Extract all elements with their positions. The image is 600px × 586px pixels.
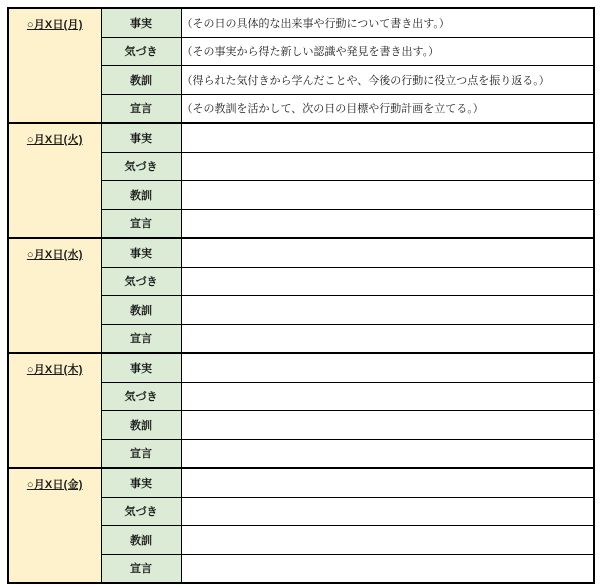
entry-cell-declaration[interactable]: （その教訓を活かして、次の日の目標や行動計画を立てる。）: [181, 94, 594, 123]
date-label: ○月X日(火): [27, 131, 83, 147]
date-cell-tuesday: ○月X日(火): [8, 123, 101, 238]
row-label-lesson: 教訓: [101, 526, 181, 555]
row-label-declaration: 宣言: [101, 554, 181, 583]
row-label-declaration: 宣言: [101, 324, 181, 353]
date-cell-friday: ○月X日(金): [8, 468, 101, 583]
date-cell-monday: ○月X日(月): [8, 8, 101, 123]
entry-cell-lesson[interactable]: （得られた気付きから学んだことや、今後の行動に役立つ点を振り返る。）: [181, 66, 594, 95]
entry-cell-insight[interactable]: [181, 382, 594, 411]
row-label-insight: 気づき: [101, 267, 181, 296]
row-label-lesson: 教訓: [101, 296, 181, 325]
row-label-fact: 事実: [101, 238, 181, 267]
table-row: ○月X日(水) 事実: [8, 238, 594, 267]
date-label: ○月X日(木): [27, 361, 83, 377]
entry-cell-insight[interactable]: [181, 152, 594, 181]
row-label-declaration: 宣言: [101, 209, 181, 238]
row-label-fact: 事実: [101, 468, 181, 497]
entry-cell-lesson[interactable]: [181, 526, 594, 555]
row-label-lesson: 教訓: [101, 411, 181, 440]
table-row: ○月X日(月) 事実 （その日の具体的な出来事や行動について書き出す。）: [8, 8, 594, 37]
entry-cell-insight[interactable]: [181, 267, 594, 296]
entry-cell-insight[interactable]: [181, 497, 594, 526]
document-page: ○月X日(月) 事実 （その日の具体的な出来事や行動について書き出す。） 気づき…: [0, 0, 600, 586]
entry-cell-declaration[interactable]: [181, 554, 594, 583]
date-cell-thursday: ○月X日(木): [8, 353, 101, 468]
row-label-insight: 気づき: [101, 152, 181, 181]
entry-cell-fact[interactable]: [181, 468, 594, 497]
date-label: ○月X日(月): [27, 16, 83, 32]
entry-cell-fact[interactable]: （その日の具体的な出来事や行動について書き出す。）: [181, 8, 594, 37]
entry-cell-fact[interactable]: [181, 238, 594, 267]
entry-cell-fact[interactable]: [181, 353, 594, 382]
entry-cell-lesson[interactable]: [181, 296, 594, 325]
weekly-reflection-table: ○月X日(月) 事実 （その日の具体的な出来事や行動について書き出す。） 気づき…: [7, 7, 595, 584]
row-label-declaration: 宣言: [101, 94, 181, 123]
row-label-fact: 事実: [101, 123, 181, 152]
row-label-fact: 事実: [101, 353, 181, 382]
entry-cell-declaration[interactable]: [181, 324, 594, 353]
entry-cell-declaration[interactable]: [181, 439, 594, 468]
entry-cell-lesson[interactable]: [181, 411, 594, 440]
entry-cell-fact[interactable]: [181, 123, 594, 152]
row-label-fact: 事実: [101, 8, 181, 37]
row-label-insight: 気づき: [101, 37, 181, 66]
date-label: ○月X日(金): [27, 476, 83, 492]
table-row: ○月X日(金) 事実: [8, 468, 594, 497]
table-row: ○月X日(木) 事実: [8, 353, 594, 382]
row-label-declaration: 宣言: [101, 439, 181, 468]
entry-cell-insight[interactable]: （その事実から得た新しい認識や発見を書き出す。）: [181, 37, 594, 66]
date-cell-wednesday: ○月X日(水): [8, 238, 101, 353]
row-label-lesson: 教訓: [101, 181, 181, 210]
row-label-lesson: 教訓: [101, 66, 181, 95]
entry-cell-lesson[interactable]: [181, 181, 594, 210]
date-label: ○月X日(水): [27, 246, 83, 262]
row-label-insight: 気づき: [101, 382, 181, 411]
entry-cell-declaration[interactable]: [181, 209, 594, 238]
table-row: ○月X日(火) 事実: [8, 123, 594, 152]
row-label-insight: 気づき: [101, 497, 181, 526]
